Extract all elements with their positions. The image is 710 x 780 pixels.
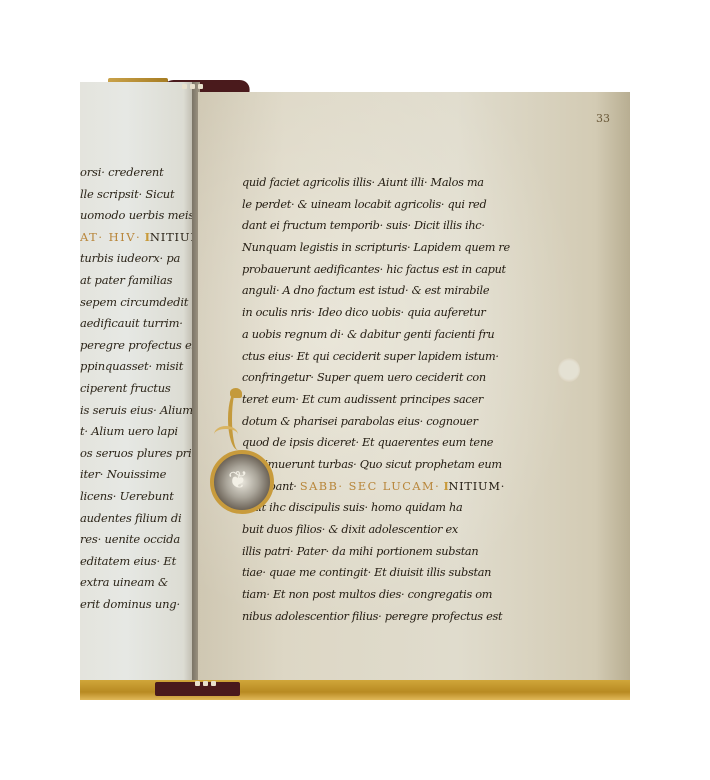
text-line: dotum & pharisei parabolas eius· cognoue… bbox=[242, 411, 562, 433]
text-line: buit duos filios· & dixit adolescentior … bbox=[242, 519, 562, 541]
text-line: os seruos plures pri bbox=[80, 443, 195, 465]
dragon-head-icon bbox=[230, 388, 242, 398]
text-line: ciperent fructus bbox=[80, 378, 195, 400]
rubric-text: SABB· SEC LUCAM· bbox=[300, 480, 440, 493]
text-line: turbis iudeorx· pa bbox=[80, 248, 195, 270]
right-page-text: quid faciet agricolis illis· Aiunt illi·… bbox=[242, 172, 562, 627]
text-line: uomodo uerbis meis bbox=[80, 205, 195, 227]
text-line: Nunquam legistis in scripturis· Lapidem … bbox=[242, 237, 562, 259]
text-line: res· uenite occida bbox=[80, 529, 195, 551]
headband-bottom bbox=[195, 681, 216, 686]
acanthus-leaf-icon: ❦ bbox=[228, 466, 248, 494]
text-line: dant ei fructum temporib· suis· Dicit il… bbox=[242, 215, 562, 237]
text-line: teret eum· Et cum audissent principes sa… bbox=[242, 389, 562, 411]
text-line: dixit ihc discipulis suis· homo quidam h… bbox=[242, 497, 562, 519]
text-line: at pater familias bbox=[80, 270, 195, 292]
text-line: ppinquasset· misit bbox=[80, 356, 195, 378]
text-line: quod de ipsis diceret· Et quaerentes eum… bbox=[242, 432, 562, 454]
text-line: sepem circumdedit bbox=[80, 292, 195, 314]
text-line: erit dominus ung· bbox=[80, 594, 195, 616]
text-line: re· timuerunt turbas· Quo sicut propheta… bbox=[242, 454, 562, 476]
text-line: audentes filium di bbox=[80, 508, 195, 530]
text-line: confringetur· Super quem uero ceciderit … bbox=[242, 367, 562, 389]
text-line: illis patri· Pater· da mihi portionem su… bbox=[242, 541, 562, 563]
text-line: le perdet· & uineam locabit agricolis· q… bbox=[242, 194, 562, 216]
text-line: editatem eius· Et bbox=[80, 551, 195, 573]
headband-top bbox=[182, 84, 203, 89]
text-line: tiam· Et non post multos dies· congregat… bbox=[242, 584, 562, 606]
text-line: lle scripsit· Sicut bbox=[80, 184, 195, 206]
text-line: aedificauit turrim· bbox=[80, 313, 195, 335]
left-page-text: orsi· crederent lle scripsit· Sicut uomo… bbox=[80, 162, 195, 615]
text-line: peregre profectus est· bbox=[80, 335, 195, 357]
text-line: quid faciet agricolis illis· Aiunt illi·… bbox=[242, 172, 562, 194]
incipit-text: NITIUM· bbox=[448, 480, 505, 493]
text-line: orsi· crederent bbox=[80, 162, 195, 184]
incipit-text: NITIUM· bbox=[150, 230, 195, 244]
text-line: probauerunt aedificantes· hic factus est… bbox=[242, 259, 562, 281]
text-line: a uobis regnum di· & dabitur genti facie… bbox=[242, 324, 562, 346]
text-line: ctus eius· Et qui ceciderit super lapide… bbox=[242, 346, 562, 368]
text-line: t· Alium uero lapi bbox=[80, 421, 195, 443]
gold-tendril-icon bbox=[214, 426, 238, 443]
illuminated-initial: ❦ bbox=[208, 388, 276, 523]
rubric-line: habebant· SABB· SEC LUCAM· INITIUM· bbox=[242, 476, 562, 498]
manuscript-photo: orsi· crederent lle scripsit· Sicut uomo… bbox=[0, 0, 710, 780]
rubric-line: AT· HIV· INITIUM· bbox=[80, 227, 195, 249]
folio-number: 33 bbox=[596, 112, 610, 125]
text-line: licens· Uerebunt bbox=[80, 486, 195, 508]
text-line: iter· Nouissime bbox=[80, 464, 195, 486]
text-line: extra uineam & bbox=[80, 572, 195, 594]
text-line: anguli· A dno factum est istud· & est mi… bbox=[242, 280, 562, 302]
text-line: is seruis eius· Alium bbox=[80, 400, 195, 422]
rubric-text: AT· HIV· bbox=[80, 230, 141, 244]
text-line: in oculis nris· Ideo dico uobis· quia au… bbox=[242, 302, 562, 324]
left-page: orsi· crederent lle scripsit· Sicut uomo… bbox=[80, 82, 195, 689]
text-line: nibus adolescentior filius· peregre prof… bbox=[242, 606, 562, 628]
text-line: tiae· quae me contingit· Et diuisit illi… bbox=[242, 562, 562, 584]
